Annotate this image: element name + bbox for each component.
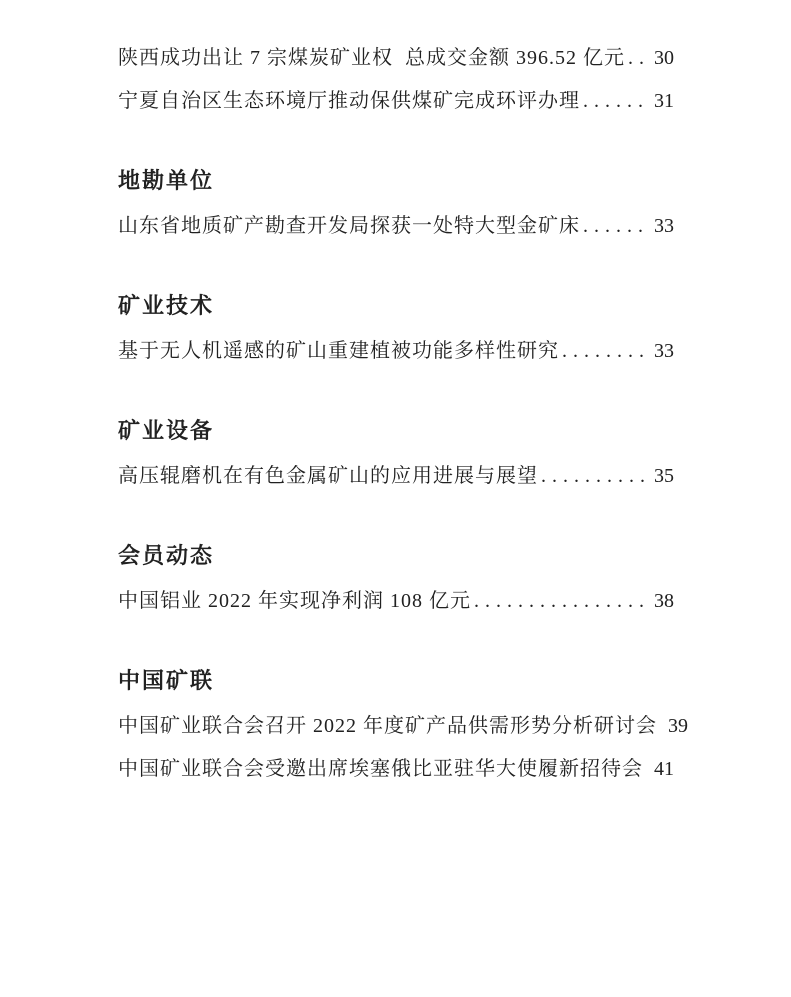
dot-leader: ......... [583,213,646,239]
toc-entry: 中国铝业 2022 年实现净利润 108 亿元.................… [118,588,674,631]
dot-leader: .................... [474,588,646,614]
entry-title: 中国矿业联合会召开 2022 年度矿产品供需形势分析研讨会 [118,713,657,739]
entry-title: 高压辊磨机在有色金属矿山的应用进展与展望 [118,463,538,489]
toc-entry: 中国矿业联合会召开 2022 年度矿产品供需形势分析研讨会.39 [118,713,674,756]
entry-title: 中国矿业联合会受邀出席埃塞俄比亚驻华大使履新招待会 [118,756,643,782]
table-of-contents: 陕西成功出让 7 宗煤炭矿业权 总成交金额 396.52 亿元....30宁夏自… [0,0,674,799]
toc-entry: 高压辊磨机在有色金属矿山的应用进展与展望.............35 [118,463,674,506]
toc-entry: 宁夏自治区生态环境厅推动保供煤矿完成环评办理.........31 [118,88,674,131]
section-header: 会员动态 [118,543,674,588]
dot-leader: ............. [541,463,646,489]
page-number: 41 [648,756,674,782]
section-header: 中国矿联 [118,668,674,713]
toc-entry: 基于无人机遥感的矿山重建植被功能多样性研究...........33 [118,338,674,381]
toc-entry: 陕西成功出让 7 宗煤炭矿业权 总成交金额 396.52 亿元....30 [118,45,674,88]
entry-title: 陕西成功出让 7 宗煤炭矿业权 总成交金额 396.52 亿元 [118,45,625,71]
page-number: 31 [648,88,674,114]
page-number: 38 [648,588,674,614]
dot-leader: .... [628,45,646,71]
toc-entry: 中国矿业联合会受邀出席埃塞俄比亚驻华大使履新招待会..41 [118,756,674,799]
toc-entry: 山东省地质矿产勘查开发局探获一处特大型金矿床.........33 [118,213,674,256]
page-number: 35 [648,463,674,489]
entry-title: 中国铝业 2022 年实现净利润 108 亿元 [118,588,471,614]
page-number: 33 [648,213,674,239]
page-number: 33 [648,338,674,364]
section-header: 地勘单位 [118,168,674,213]
entry-title: 宁夏自治区生态环境厅推动保供煤矿完成环评办理 [118,88,580,114]
page-number: 39 [662,713,688,739]
entry-title: 基于无人机遥感的矿山重建植被功能多样性研究 [118,338,559,364]
dot-leader: ........... [562,338,646,364]
page-number: 30 [648,45,674,71]
dot-leader: ......... [583,88,646,114]
section-header: 矿业设备 [118,418,674,463]
document-page: 陕西成功出让 7 宗煤炭矿业权 总成交金额 396.52 亿元....30宁夏自… [0,0,791,997]
entry-title: 山东省地质矿产勘查开发局探获一处特大型金矿床 [118,213,580,239]
section-header: 矿业技术 [118,293,674,338]
